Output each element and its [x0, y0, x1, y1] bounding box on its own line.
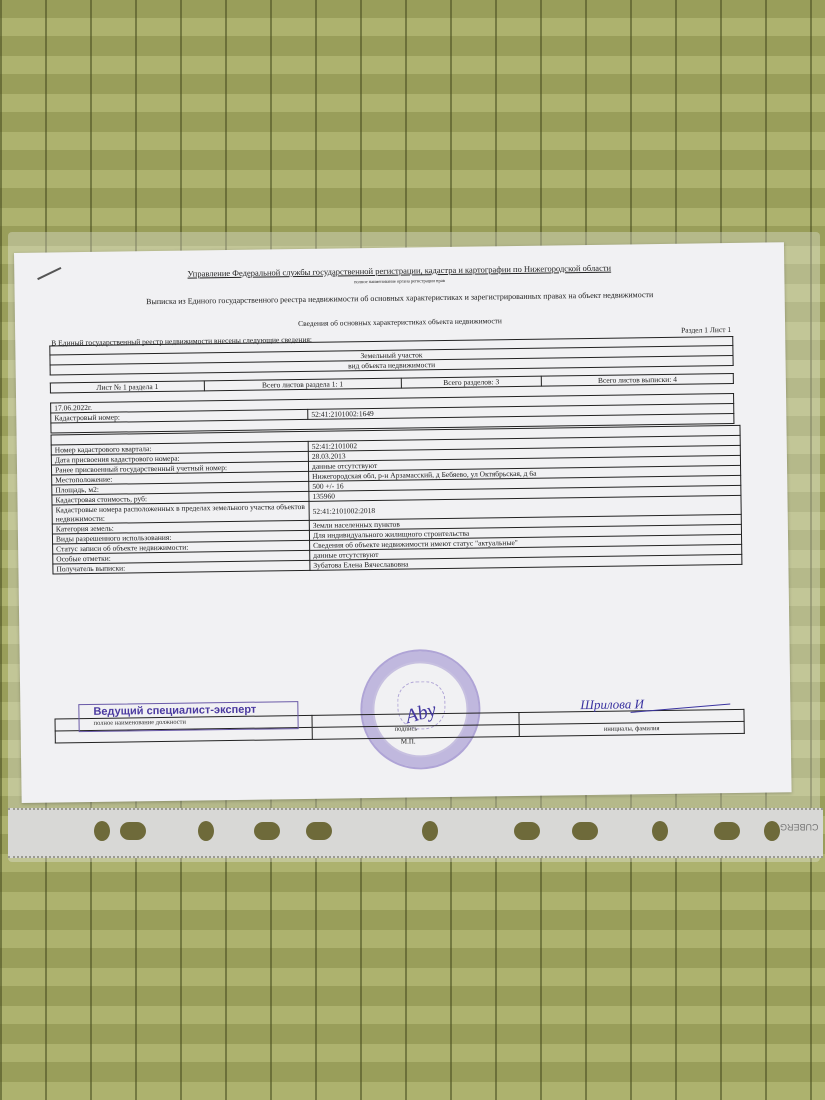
punch-hole-icon: [94, 821, 110, 841]
punch-hole-icon: [254, 822, 280, 840]
document-subtitle: Сведения об основных характеристиках объ…: [15, 312, 785, 332]
total-sections: Всего разделов: 3: [401, 376, 542, 388]
characteristics-table: Номер кадастрового квартала:52:41:210100…: [51, 425, 743, 575]
punch-hole-icon: [714, 822, 740, 840]
sheet-info-table: Лист № 1 раздела 1 Всего листов раздела …: [50, 373, 734, 394]
total-sheets: Всего листов выписки: 4: [541, 373, 733, 386]
sheets-in-section: Всего листов раздела 1: 1: [204, 378, 401, 391]
punch-hole-icon: [198, 821, 214, 841]
punch-hole-icon: [764, 821, 780, 841]
punch-hole-icon: [306, 822, 332, 840]
initials-caption: инициалы, фамилия: [519, 721, 744, 736]
sheet-number: Лист № 1 раздела 1: [50, 381, 204, 393]
position-title: Ведущий специалист-эксперт: [93, 704, 256, 718]
punch-hole-icon: [120, 822, 146, 840]
document-title: Выписка из Единого государственного реес…: [15, 288, 785, 308]
document-page: Управление Федеральной службы государств…: [14, 242, 792, 803]
punch-hole-icon: [572, 822, 598, 840]
punch-hole-icon: [422, 821, 438, 841]
punch-hole-icon: [652, 821, 668, 841]
section-reference: Раздел 1 Лист 1: [681, 325, 731, 335]
punch-hole-icon: [514, 822, 540, 840]
position-stamp: Ведущий специалист-эксперт полное наимен…: [78, 701, 298, 732]
position-caption: полное наименование должности: [94, 716, 298, 729]
sleeve-brand: CUBERG: [780, 822, 819, 832]
seal-caption: М.П.: [401, 737, 416, 745]
sleeve-punch-strip: CUBERG: [8, 808, 823, 858]
signature-caption: подпись: [395, 725, 418, 732]
